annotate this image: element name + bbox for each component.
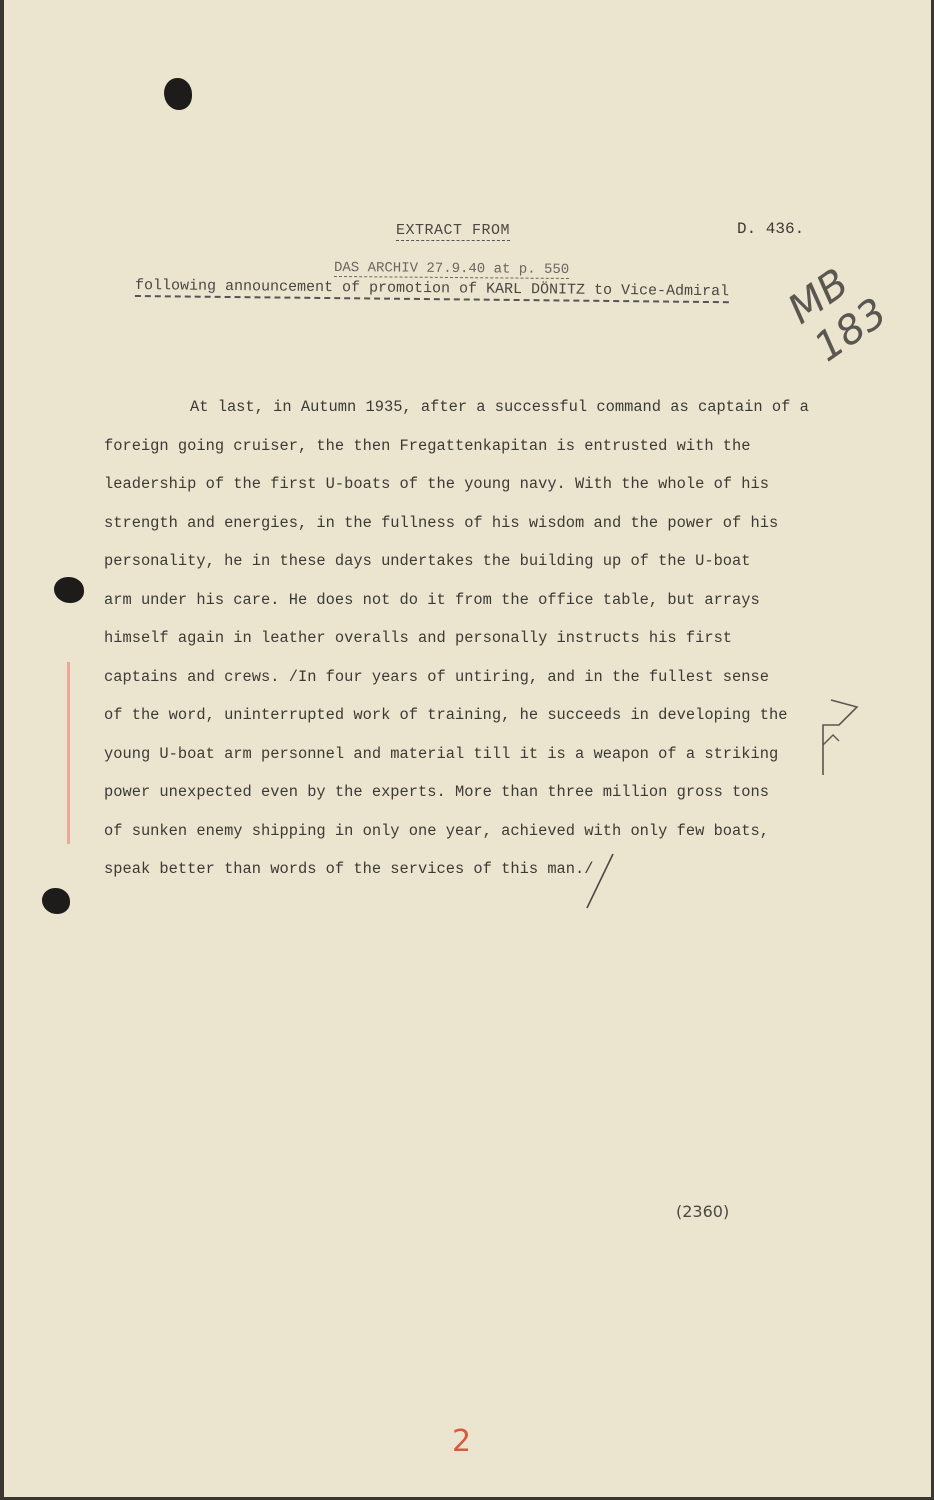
punch-hole-top [164,78,192,110]
source-citation: DAS ARCHIV 27.9.40 at p. 550 [334,260,569,279]
pencil-slash-mark-icon [579,850,619,914]
body-line: leadership of the first U-boats of the y… [104,465,864,504]
page-number: (2360) [676,1202,729,1221]
punch-hole-middle [54,577,84,603]
body-line: At last, in Autumn 1935, after a success… [104,388,864,427]
punch-hole-bottom [42,888,70,914]
body-line: young U-boat arm personnel and material … [104,735,864,774]
document-heading: EXTRACT FROM [396,222,510,241]
document-page: EXTRACT FROM D. 436. DAS ARCHIV 27.9.40 … [0,0,934,1500]
body-line: power unexpected even by the experts. Mo… [104,773,864,812]
body-line: strength and energies, in the fullness o… [104,504,864,543]
body-line: personality, he in these days undertakes… [104,542,864,581]
body-line: arm under his care. He does not do it fr… [104,581,864,620]
red-margin-line [67,662,70,844]
body-line: of the word, uninterrupted work of train… [104,696,864,735]
red-pencil-mark: 2 [452,1424,471,1459]
document-subheading: following announcement of promotion of K… [135,277,729,303]
handwritten-initials: MB 183 [780,217,934,371]
body-text: At last, in Autumn 1935, after a success… [104,388,864,889]
body-line: speak better than words of the services … [104,850,864,889]
body-line: himself again in leather overalls and pe… [104,619,864,658]
body-line: captains and crews. /In four years of un… [104,658,864,697]
body-line: foreign going cruiser, the then Fregatte… [104,427,864,466]
handwritten-margin-mark-icon [809,695,869,780]
body-line: of sunken enemy shipping in only one yea… [104,812,864,851]
document-reference: D. 436. [737,220,804,238]
